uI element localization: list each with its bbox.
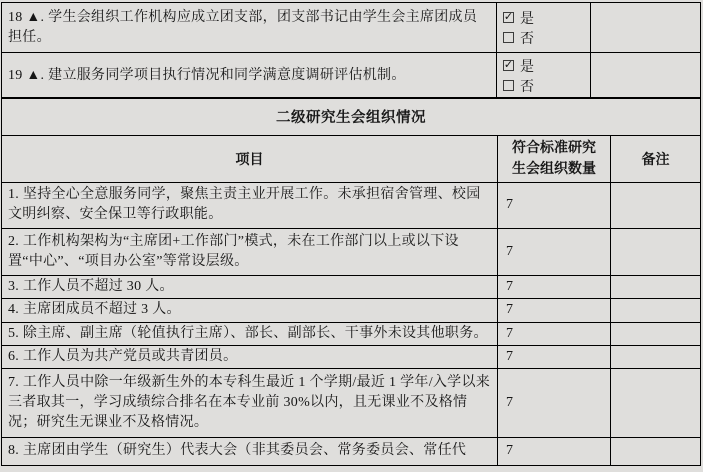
remark-cell <box>591 53 701 99</box>
checklist-row-19: 19 ▲. 建立服务同学项目执行情况和同学满意度调研评估机制。 ✓ 是 否 <box>2 53 701 99</box>
checkbox-checked-icon[interactable]: ✓ <box>503 60 514 71</box>
checklist-item-text: 18 ▲. 学生会组织工作机构应成立团支部，团支部书记由学生会主席团成员担任。 <box>2 3 497 53</box>
table-row: 3. 工作人员不超过 30 人。 7 <box>2 275 701 298</box>
remark-cell <box>611 437 701 465</box>
item-cell: 2. 工作机构架构为“主席团+工作部门”模式，未在工作部门以上或以下设置“中心”… <box>2 228 498 275</box>
option-yes: ✓ 是 <box>503 56 586 76</box>
table-row: 6. 工作人员为共产党员或共青团员。 7 <box>2 345 701 368</box>
checkbox-unchecked-icon[interactable] <box>503 32 514 43</box>
table-row: 2. 工作机构架构为“主席团+工作部门”模式，未在工作部门以上或以下设置“中心”… <box>2 228 701 275</box>
table-header-row: 项目 符合标准研究 生会组织数量 备注 <box>2 135 701 182</box>
column-header-remark: 备注 <box>611 135 701 182</box>
option-label: 否 <box>520 28 534 48</box>
count-cell: 7 <box>498 345 611 368</box>
item-cell: 7. 工作人员中除一年级新生外的本专科生最近 1 个学期/最近 1 学年/入学以… <box>2 368 498 437</box>
remark-cell <box>611 275 701 298</box>
org-status-table: 项目 符合标准研究 生会组织数量 备注 1. 坚持全心全意服务同学，聚焦主责主业… <box>1 135 701 466</box>
option-label: 是 <box>520 56 534 76</box>
checklist-item-text: 19 ▲. 建立服务同学项目执行情况和同学满意度调研评估机制。 <box>2 53 497 99</box>
item-cell: 6. 工作人员为共产党员或共青团员。 <box>2 345 498 368</box>
count-cell: 7 <box>498 228 611 275</box>
yes-no-options: ✓ 是 否 <box>497 3 591 53</box>
count-cell: 7 <box>498 368 611 437</box>
item-cell: 5. 除主席、副主席（轮值执行主席）、部长、副部长、干事外未设其他职务。 <box>2 322 498 345</box>
table-row: 7. 工作人员中除一年级新生外的本专科生最近 1 个学期/最近 1 学年/入学以… <box>2 368 701 437</box>
option-yes: ✓ 是 <box>503 8 586 28</box>
table-row: 4. 主席团成员不超过 3 人。 7 <box>2 298 701 322</box>
document-page: 18 ▲. 学生会组织工作机构应成立团支部，团支部书记由学生会主席团成员担任。 … <box>1 2 701 466</box>
checkbox-checked-icon[interactable]: ✓ <box>503 12 514 23</box>
count-cell: 7 <box>498 298 611 322</box>
yes-no-options: ✓ 是 否 <box>497 53 591 99</box>
remark-cell <box>611 182 701 228</box>
remark-cell <box>611 228 701 275</box>
item-cell: 4. 主席团成员不超过 3 人。 <box>2 298 498 322</box>
table-row: 1. 坚持全心全意服务同学，聚焦主责主业开展工作。未承担宿舍管理、校园文明纠察、… <box>2 182 701 228</box>
column-header-item: 项目 <box>2 135 498 182</box>
item-cell: 3. 工作人员不超过 30 人。 <box>2 275 498 298</box>
count-cell: 7 <box>498 322 611 345</box>
remark-cell <box>611 322 701 345</box>
option-label: 否 <box>520 76 534 96</box>
section-title: 二级研究生会组织情况 <box>1 97 701 136</box>
remark-cell <box>611 298 701 322</box>
option-label: 是 <box>520 8 534 28</box>
remark-cell <box>591 3 701 53</box>
item-cell: 8. 主席团由学生（研究生）代表大会（非其委员会、常务委员会、常任代 <box>2 437 498 465</box>
checkbox-unchecked-icon[interactable] <box>503 80 514 91</box>
remark-cell <box>611 368 701 437</box>
option-no: 否 <box>503 76 586 96</box>
count-cell: 7 <box>498 182 611 228</box>
count-cell: 7 <box>498 437 611 465</box>
compliance-checklist-table: 18 ▲. 学生会组织工作机构应成立团支部，团支部书记由学生会主席团成员担任。 … <box>1 2 701 99</box>
column-header-count: 符合标准研究 生会组织数量 <box>498 135 611 182</box>
remark-cell <box>611 345 701 368</box>
item-cell: 1. 坚持全心全意服务同学，聚焦主责主业开展工作。未承担宿舍管理、校园文明纠察、… <box>2 182 498 228</box>
option-no: 否 <box>503 28 586 48</box>
table-row: 5. 除主席、副主席（轮值执行主席）、部长、副部长、干事外未设其他职务。 7 <box>2 322 701 345</box>
table-row: 8. 主席团由学生（研究生）代表大会（非其委员会、常务委员会、常任代 7 <box>2 437 701 465</box>
count-cell: 7 <box>498 275 611 298</box>
checklist-row-18: 18 ▲. 学生会组织工作机构应成立团支部，团支部书记由学生会主席团成员担任。 … <box>2 3 701 53</box>
